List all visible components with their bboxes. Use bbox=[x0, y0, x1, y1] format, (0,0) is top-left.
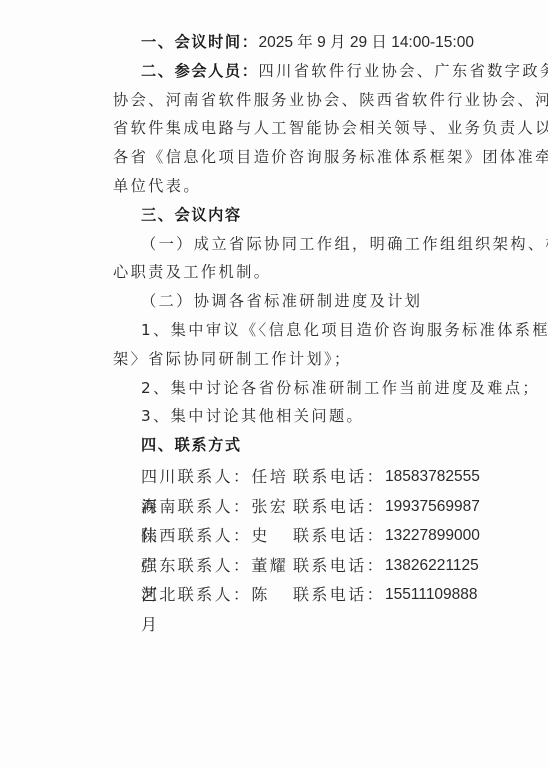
meeting-time-line: 一、会议时间：2025 年 9 月 29 日 14:00-15:00 bbox=[113, 28, 493, 57]
contact-person: 广东联系人：董耀艺 bbox=[141, 551, 293, 581]
contact-person: 陕西联系人：史 强 bbox=[141, 521, 293, 551]
meeting-time-value: 2025 年 9 月 29 日 14:00-15:00 bbox=[259, 34, 474, 51]
contact-person: 四川联系人：任培森 bbox=[141, 462, 293, 492]
attendees-text: 四川省软件行业协会、广东省数字政务 bbox=[259, 62, 548, 80]
content-item-2: （二）协调各省标准研制进度及计划 bbox=[113, 287, 493, 316]
contact-row-guangdong: 广东联系人：董耀艺 联系电话： 13826221125 bbox=[113, 551, 493, 581]
phone-number: 13227899000 bbox=[385, 521, 480, 551]
phone-label: 联系电话： bbox=[293, 492, 385, 522]
attendees-line-4: 各省《信息化项目造价咨询服务标准体系框架》团体准牵头 bbox=[113, 143, 493, 172]
contact-row-hebei: 河北联系人：陈 月 联系电话： 15511109888 bbox=[113, 580, 493, 610]
phone-label: 联系电话： bbox=[293, 521, 385, 551]
contact-person: 河北联系人：陈 月 bbox=[141, 580, 293, 610]
content-sub-2: 2、集中讨论各省份标准研制工作当前进度及难点； bbox=[113, 374, 493, 403]
contact-row-shaanxi: 陕西联系人：史 强 联系电话： 13227899000 bbox=[113, 521, 493, 551]
attendees-line-3: 省软件集成电路与人工智能协会相关领导、业务负责人以及 bbox=[113, 114, 493, 143]
contact-row-henan: 河南联系人：张宏伟 联系电话： 19937569987 bbox=[113, 492, 493, 522]
contact-row-sichuan: 四川联系人：任培森 联系电话： 18583782555 bbox=[113, 462, 493, 492]
phone-number: 15511109888 bbox=[385, 580, 478, 610]
phone-label: 联系电话： bbox=[293, 462, 385, 492]
content-sub-1-line-1: 1、集中审议《〈信息化项目造价咨询服务标准体系框 bbox=[113, 316, 493, 345]
content-item-1-line-1: （一）成立省际协同工作组，明确工作组组织架构、核 bbox=[113, 230, 493, 259]
content-item-1-line-2: 心职责及工作机制。 bbox=[113, 258, 493, 287]
content-sub-1-line-2: 架〉省际协同研制工作计划》； bbox=[113, 345, 493, 374]
phone-label: 联系电话： bbox=[293, 551, 385, 581]
attendees-heading: 二、参会人员： bbox=[141, 62, 259, 80]
phone-label: 联系电话： bbox=[293, 580, 385, 610]
content-sub-3: 3、集中讨论其他相关问题。 bbox=[113, 402, 493, 431]
meeting-content-heading: 三、会议内容 bbox=[113, 201, 493, 230]
contact-person: 河南联系人：张宏伟 bbox=[141, 492, 293, 522]
phone-number: 18583782555 bbox=[385, 462, 480, 492]
phone-number: 19937569987 bbox=[385, 492, 480, 522]
attendees-line-1: 二、参会人员：四川省软件行业协会、广东省数字政务 bbox=[113, 57, 493, 86]
attendees-line-2: 协会、河南省软件服务业协会、陕西省软件行业协会、河北 bbox=[113, 86, 493, 115]
meeting-time-heading: 一、会议时间： bbox=[141, 33, 259, 51]
phone-number: 13826221125 bbox=[385, 551, 479, 581]
contact-heading: 四、联系方式 bbox=[113, 431, 493, 460]
document-page: 一、会议时间：2025 年 9 月 29 日 14:00-15:00 二、参会人… bbox=[113, 28, 493, 610]
attendees-line-5: 单位代表。 bbox=[113, 172, 493, 201]
